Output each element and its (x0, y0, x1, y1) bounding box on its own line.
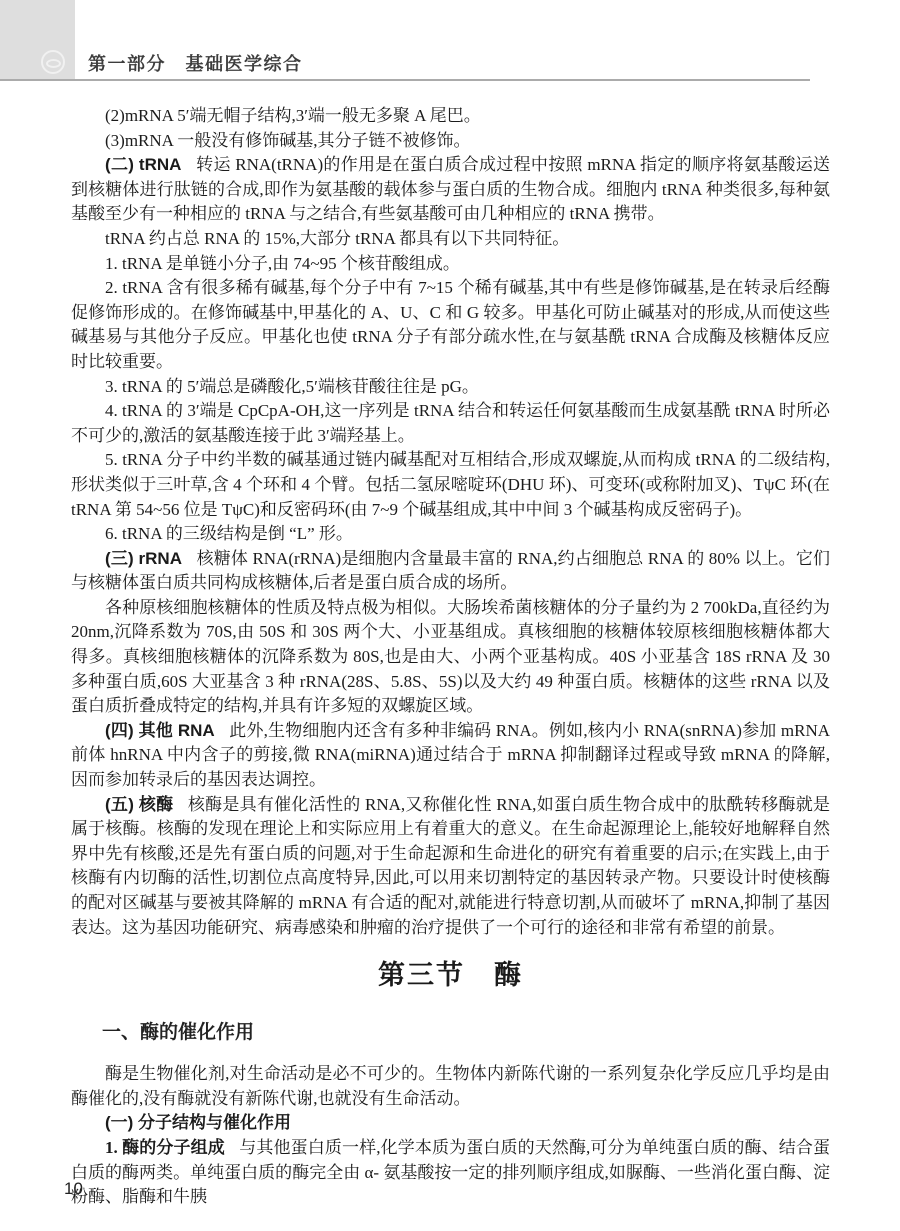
paragraph: (五) 核酶核酶是具有催化活性的 RNA,又称催化性 RNA,如蛋白质生物合成中… (71, 793, 830, 941)
paragraph-lead: (五) 核酶 (105, 795, 173, 814)
paragraph-lead: (二) tRNA (105, 155, 181, 174)
publisher-logo-box (0, 0, 75, 81)
paragraph: 6. tRNA 的三级结构是倒 “L” 形。 (71, 522, 830, 547)
paragraph: 各种原核细胞核糖体的性质及特点极为相似。大肠埃希菌核糖体的分子量约为 2 700… (71, 596, 830, 719)
page-number: 10 (64, 1179, 83, 1199)
paragraph: tRNA 约占总 RNA 的 15%,大部分 tRNA 都具有以下共同特征。 (71, 227, 830, 252)
paragraph: 1. tRNA 是单链小分子,由 74~95 个核苷酸组成。 (71, 252, 830, 277)
paragraph: 5. tRNA 分子中约半数的碱基通过链内碱基配对互相结合,形成双螺旋,从而构成… (71, 448, 830, 522)
publisher-logo-icon (41, 50, 65, 74)
textbook-page: 第一部分 基础医学综合 (2)mRNA 5′端无帽子结构,3′端一般无多聚 A … (0, 0, 900, 1231)
page-body: (2)mRNA 5′端无帽子结构,3′端一般无多聚 A 尾巴。 (3)mRNA … (71, 104, 830, 1210)
paragraph: 1. 酶的分子组成与其他蛋白质一样,化学本质为蛋白质的天然酶,可分为单纯蛋白质的… (71, 1136, 830, 1210)
paragraph-lead: (四) 其他 RNA (105, 721, 215, 740)
paragraph: 3. tRNA 的 5′端总是磷酸化,5′端核苷酸往往是 pG。 (71, 375, 830, 400)
paragraph-lead: (一) 分子结构与催化作用 (105, 1113, 291, 1132)
running-header-title: 第一部分 基础医学综合 (88, 50, 303, 76)
subsection-heading: 一、酶的催化作用 (71, 1020, 830, 1046)
section-body: 酶是生物催化剂,对生命活动是必不可少的。生物体内新陈代谢的一系列复杂化学反应几乎… (71, 1062, 830, 1210)
paragraph: (四) 其他 RNA此外,生物细胞内还含有多种非编码 RNA。例如,核内小 RN… (71, 719, 830, 793)
paragraph-lead: (三) rRNA (105, 549, 182, 568)
paragraph-lead: 1. 酶的分子组成 (105, 1138, 225, 1157)
paragraph: (一) 分子结构与催化作用 (71, 1111, 830, 1136)
paragraph: 酶是生物催化剂,对生命活动是必不可少的。生物体内新陈代谢的一系列复杂化学反应几乎… (71, 1062, 830, 1111)
paragraph: 2. tRNA 含有很多稀有碱基,每个分子中有 7~15 个稀有碱基,其中有些是… (71, 276, 830, 374)
paragraph: (三) rRNA核糖体 RNA(rRNA)是细胞内含量最丰富的 RNA,约占细胞… (71, 547, 830, 596)
paragraph: (2)mRNA 5′端无帽子结构,3′端一般无多聚 A 尾巴。 (71, 104, 830, 129)
paragraph: (二) tRNA转运 RNA(tRNA)的作用是在蛋白质合成过程中按照 mRNA… (71, 153, 830, 227)
section-title: 第三节 酶 (71, 955, 830, 995)
paragraph: (3)mRNA 一般没有修饰碱基,其分子链不被修饰。 (71, 129, 830, 154)
paragraph: 4. tRNA 的 3′端是 CpCpA-OH,这一序列是 tRNA 结合和转运… (71, 399, 830, 448)
header-rule (0, 79, 810, 81)
